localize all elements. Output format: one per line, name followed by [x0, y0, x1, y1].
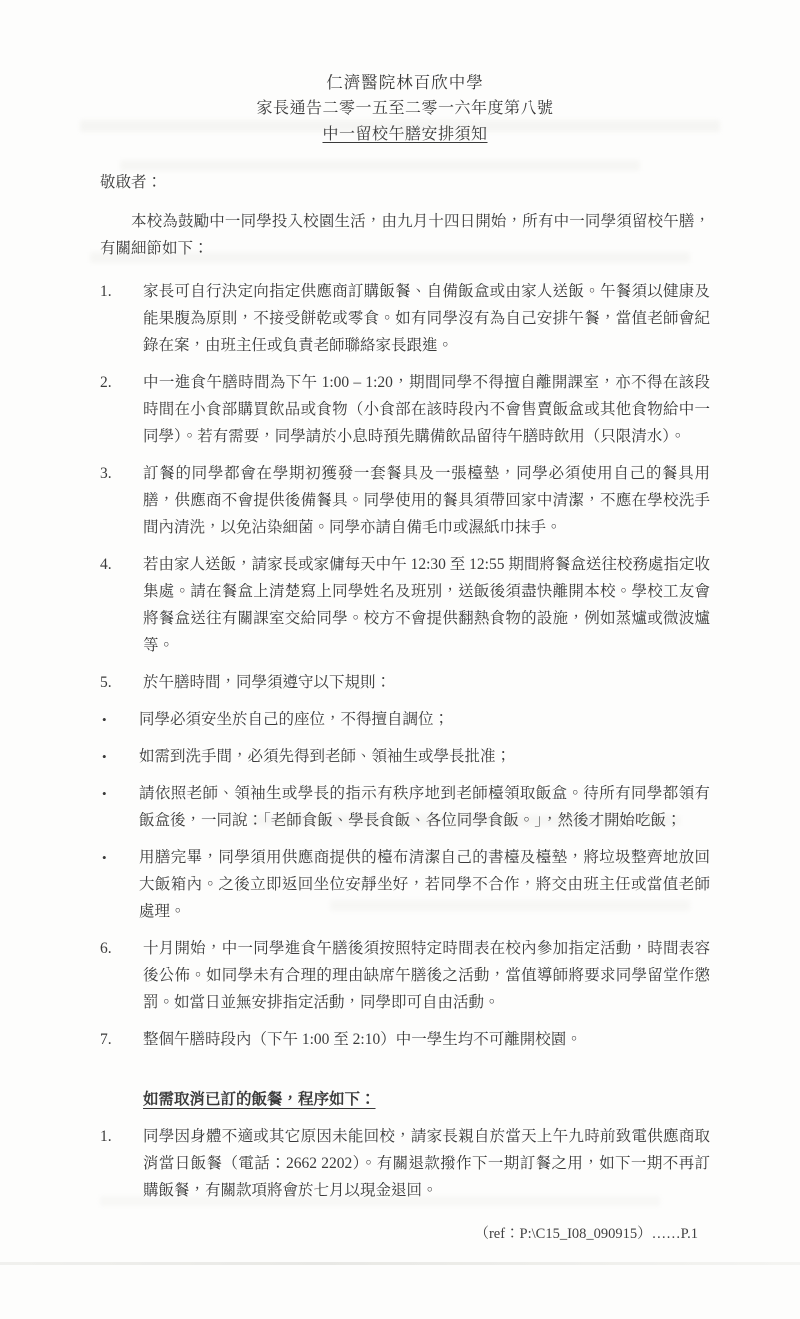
bullet-text: 用膳完畢，同學須用供應商提供的檯布清潔自己的書檯及檯墊，將垃圾整齊地放回大飯箱內… [139, 844, 710, 925]
scanned-notice-page: 仁濟醫院林百欣中學 家長通告二零一五至二零一六年度第八號 中一留校午膳安排須知 … [0, 0, 800, 1319]
item-number: 1. [100, 278, 143, 359]
list-item: 6. 十月開始，中一同學進食午膳後須按照特定時間表在校內參加指定活動，時間表容後… [100, 935, 710, 1016]
item-number: 2. [100, 369, 143, 450]
list-item: 3. 訂餐的同學都會在學期初獲發一套餐具及一張檯墊，同學必須使用自己的餐具用膳，… [100, 460, 710, 541]
page-reference-footer: （ref：P:\C15_I08_090915）……P.1 [100, 1221, 710, 1248]
list-item: 4. 若由家人送飯，請家長或家傭每天中午 12:30 至 12:55 期間將餐盒… [100, 551, 710, 659]
bullet-icon: • [100, 706, 139, 733]
intro-paragraph: 本校為鼓勵中一同學投入校園生活，由九月十四日開始，所有中一同學須留校午膳，有關細… [100, 208, 710, 262]
school-name: 仁濟醫院林百欣中學 [100, 70, 710, 96]
item-text: 訂餐的同學都會在學期初獲發一套餐具及一張檯墊，同學必須使用自己的餐具用膳，供應商… [143, 460, 710, 541]
list-item: 7. 整個午膳時段內（下午 1:00 至 2:10）中一學生均不可離開校園。 [100, 1026, 710, 1053]
item-number: 1. [100, 1123, 143, 1204]
bullet-text: 同學必須安坐於自己的座位，不得擅自調位； [139, 706, 710, 733]
item-number: 7. [100, 1026, 143, 1053]
bullet-icon: • [100, 780, 139, 834]
bullet-icon: • [100, 844, 139, 925]
list-item: 1. 同學因身體不適或其它原因未能回校，請家長親自於當天上午九時前致電供應商取消… [100, 1123, 710, 1204]
list-item: 5. 於午膳時間，同學須遵守以下規則： [100, 669, 710, 696]
item-text: 同學因身體不適或其它原因未能回校，請家長親自於當天上午九時前致電供應商取消當日飯… [143, 1123, 710, 1204]
item-text: 家長可自行決定向指定供應商訂購飯餐、自備飯盒或由家人送飯。午餐須以健康及能果腹為… [143, 278, 710, 359]
notice-number-line: 家長通告二零一五至二零一六年度第八號 [100, 96, 710, 122]
item-text: 於午膳時間，同學須遵守以下規則： [143, 669, 710, 696]
document-header: 仁濟醫院林百欣中學 家長通告二零一五至二零一六年度第八號 中一留校午膳安排須知 [100, 70, 710, 148]
bullet-item: • 同學必須安坐於自己的座位，不得擅自調位； [100, 706, 710, 733]
item-number: 5. [100, 669, 143, 696]
bullet-text: 如需到洗手間，必須先得到老師、領袖生或學長批准； [139, 743, 710, 770]
bullet-item: • 用膳完畢，同學須用供應商提供的檯布清潔自己的書檯及檯墊，將垃圾整齊地放回大飯… [100, 844, 710, 925]
lunch-conduct-bullet-list: • 同學必須安坐於自己的座位，不得擅自調位； • 如需到洗手間，必須先得到老師、… [100, 706, 710, 925]
item-number: 6. [100, 935, 143, 1016]
scan-edge-shadow [0, 1262, 800, 1265]
item-text: 十月開始，中一同學進食午膳後須按照特定時間表在校內參加指定活動，時間表容後公佈。… [143, 935, 710, 1016]
salutation: 敬啟者： [100, 169, 710, 196]
list-item: 2. 中一進食午膳時間為下午 1:00 – 1:20，期間同學不得擅自離開課室，… [100, 369, 710, 450]
lunch-rules-list-continued: 6. 十月開始，中一同學進食午膳後須按照特定時間表在校內參加指定活動，時間表容後… [100, 935, 710, 1053]
item-text: 若由家人送飯，請家長或家傭每天中午 12:30 至 12:55 期間將餐盒送往校… [143, 551, 710, 659]
notice-subject-title: 中一留校午膳安排須知 [100, 122, 710, 148]
list-item: 1. 家長可自行決定向指定供應商訂購飯餐、自備飯盒或由家人送飯。午餐須以健康及能… [100, 278, 710, 359]
bullet-item: • 請依照老師、領袖生或學長的指示有秩序地到老師檯領取飯盒。待所有同學都領有飯盒… [100, 780, 710, 834]
lunch-rules-list: 1. 家長可自行決定向指定供應商訂購飯餐、自備飯盒或由家人送飯。午餐須以健康及能… [100, 278, 710, 696]
item-number: 3. [100, 460, 143, 541]
item-text: 中一進食午膳時間為下午 1:00 – 1:20，期間同學不得擅自離開課室，亦不得… [143, 369, 710, 450]
item-number: 4. [100, 551, 143, 659]
bullet-icon: • [100, 743, 139, 770]
bullet-item: • 如需到洗手間，必須先得到老師、領袖生或學長批准； [100, 743, 710, 770]
bullet-text: 請依照老師、領袖生或學長的指示有秩序地到老師檯領取飯盒。待所有同學都領有飯盒後，… [139, 780, 710, 834]
cancel-section-heading: 如需取消已訂的飯餐，程序如下： [100, 1086, 710, 1113]
document-content: 仁濟醫院林百欣中學 家長通告二零一五至二零一六年度第八號 中一留校午膳安排須知 … [0, 0, 800, 1248]
cancel-procedure-list: 1. 同學因身體不適或其它原因未能回校，請家長親自於當天上午九時前致電供應商取消… [100, 1123, 710, 1204]
item-text: 整個午膳時段內（下午 1:00 至 2:10）中一學生均不可離開校園。 [143, 1026, 710, 1053]
